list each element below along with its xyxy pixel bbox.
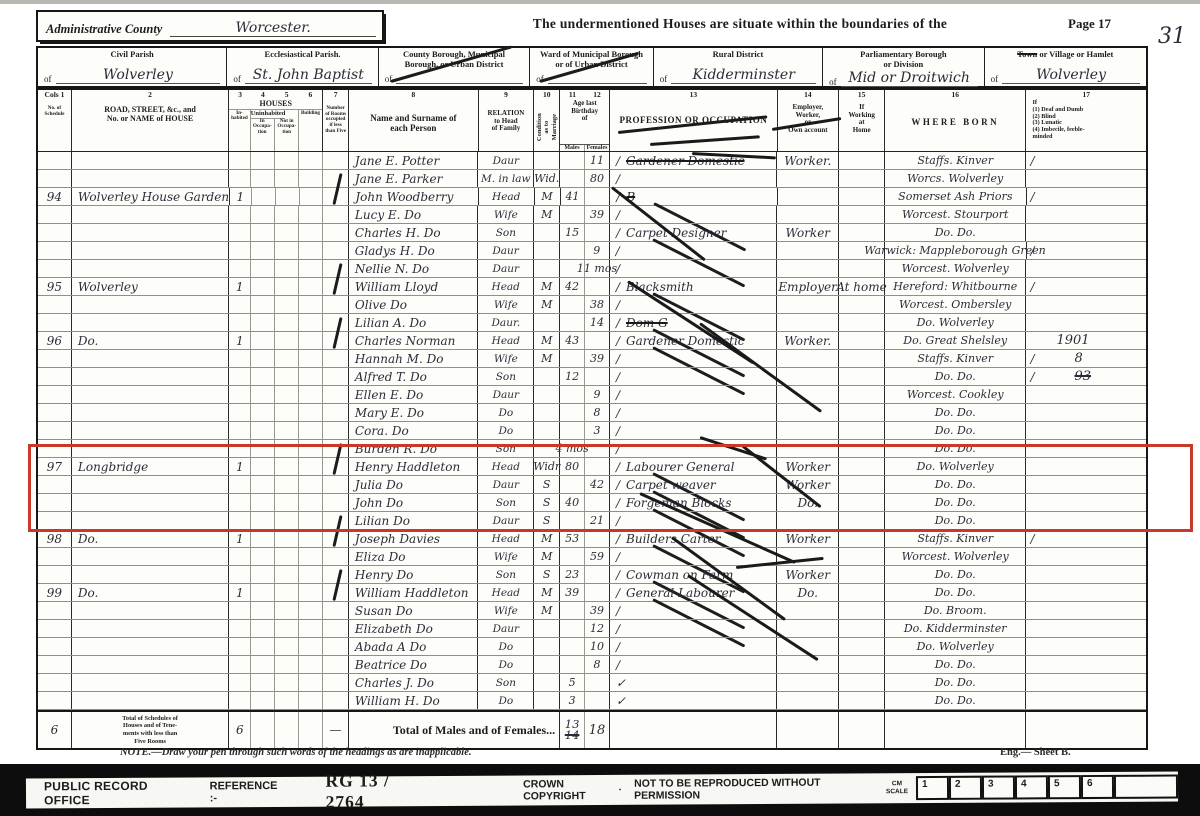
age-male-cell: 53 xyxy=(560,530,585,547)
ecclesiastical-parish-label: Ecclesiastical Parish. xyxy=(231,50,373,60)
age-male-cell xyxy=(560,638,585,655)
working-at-home-cell xyxy=(839,386,885,403)
age-male-cell xyxy=(560,404,585,421)
uninhabited-in-occupation-cell xyxy=(251,656,275,673)
marital-condition-cell: S xyxy=(534,566,560,583)
person-name-cell: William H. Do xyxy=(349,692,479,709)
relation-cell: Do xyxy=(478,638,534,655)
age-female-cell xyxy=(585,584,610,601)
where-born-cell: Worcs. Wolverley xyxy=(885,170,1026,187)
employer-status-cell: Worker xyxy=(777,224,839,241)
rooms-count-cell xyxy=(323,260,349,277)
census-row: 95Wolverley1William LloydHeadM42∕Blacksm… xyxy=(38,278,1146,296)
working-at-home-cell xyxy=(839,206,885,223)
inhabited-count-cell xyxy=(229,368,251,385)
tick-mark: ∕ xyxy=(616,370,620,384)
marital-condition-cell xyxy=(534,260,560,277)
census-row: Beatrice DoDo8∕Do. Do. xyxy=(38,656,1146,674)
administrative-county-box: Administrative County Worcester. xyxy=(36,10,384,42)
occupation-cell: ∕ xyxy=(610,638,777,655)
tick-mark: ∕ xyxy=(616,208,620,222)
uninhabited-in-occupation-cell xyxy=(251,422,275,439)
cm-scale-box: 5 xyxy=(1048,775,1081,799)
civil-parish-value: Wolverley xyxy=(56,67,221,84)
building-count-cell xyxy=(299,224,323,241)
person-name-cell: Beatrice Do xyxy=(349,656,479,673)
age-female-cell xyxy=(585,692,610,709)
occupation-cell: ∕ xyxy=(610,260,777,277)
person-name-cell: William Lloyd xyxy=(349,278,479,295)
schedule-number-cell xyxy=(38,422,72,439)
rooms-count-cell xyxy=(323,404,349,421)
uninhabited-in-occupation-cell xyxy=(251,278,275,295)
building-count-cell xyxy=(299,170,323,187)
tick-mark: / xyxy=(1030,532,1034,546)
where-born-cell: Do. Do. xyxy=(885,584,1026,601)
uninhabited-in-occupation-cell xyxy=(251,566,275,583)
age-female-cell: 39 xyxy=(585,350,610,367)
building-count-cell xyxy=(299,206,323,223)
employer-status-cell xyxy=(777,692,839,709)
inhabited-count-cell xyxy=(229,206,251,223)
uninhabited-not-occupation-cell xyxy=(275,674,299,691)
marital-condition-cell xyxy=(534,620,560,637)
rooms-count-cell xyxy=(323,674,349,691)
col-road-header: 2 ROAD, STREET, &c., and No. or NAME of … xyxy=(72,90,229,151)
schedule-number-cell xyxy=(38,368,72,385)
occupation-cell: ∕ xyxy=(610,170,777,187)
building-count-cell xyxy=(299,404,323,421)
building-count-cell xyxy=(299,674,323,691)
infirmity-cell: /8 xyxy=(1026,350,1146,367)
census-row: Jane E. PotterDaur11∕Gardener DomesticWo… xyxy=(38,152,1146,170)
females-subheader: Females xyxy=(585,145,609,151)
village-hamlet-value: Wolverley xyxy=(1002,67,1140,84)
marital-condition-cell: Wid. xyxy=(534,170,560,187)
uninhabited-in-occupation-cell xyxy=(251,260,275,277)
tick-mark: ∕ xyxy=(616,568,620,582)
building-count-cell xyxy=(299,584,323,601)
relation-cell: Son xyxy=(478,674,534,691)
marital-condition-cell: M xyxy=(534,206,560,223)
age-female-cell: 80 xyxy=(585,170,610,187)
marital-condition-cell: M xyxy=(534,332,560,349)
uninhabited-in-occupation-cell xyxy=(251,674,275,691)
working-at-home-cell xyxy=(839,548,885,565)
age-male-cell xyxy=(560,620,585,637)
building-count-cell xyxy=(299,638,323,655)
col-number: 2 xyxy=(72,90,228,100)
road-name-cell: Do. xyxy=(72,530,229,547)
relation-cell: Wife xyxy=(478,548,534,565)
struck-word: Town xyxy=(1017,49,1037,59)
col-where-born-header: 16 WHERE BORN xyxy=(885,90,1026,151)
age-male-cell xyxy=(560,422,585,439)
building-count-cell xyxy=(299,530,323,547)
census-row: Gladys H. DoDaur9∕Warwick: Mappleborough… xyxy=(38,242,1146,260)
rooms-count-cell xyxy=(323,692,349,709)
village-hamlet-label: Town or Village or Hamlet xyxy=(989,50,1142,60)
pro-footer-strip: PUBLIC RECORD OFFICE REFERENCE :- RG 13 … xyxy=(26,771,1178,808)
occupation-cell: ∕ xyxy=(610,656,777,673)
person-name-cell: Gladys H. Do xyxy=(349,242,478,259)
building-count-cell xyxy=(299,242,323,259)
census-row: Alfred T. DoSon12∕Do. Do./93 xyxy=(38,368,1146,386)
person-name-cell: Charles Norman xyxy=(349,332,479,349)
employer-status-cell xyxy=(777,368,839,385)
employer-status-cell: Employer xyxy=(777,278,839,295)
building-count-cell xyxy=(299,548,323,565)
where-born-cell: Do. Do. xyxy=(885,566,1026,583)
where-born-cell: Do. Kidderminster xyxy=(885,620,1026,637)
occupation-cell: ∕ xyxy=(610,296,777,313)
person-name-cell: Mary E. Do xyxy=(349,404,479,421)
rooms-count-cell xyxy=(323,314,349,331)
inhabited-count-cell xyxy=(229,674,251,691)
census-row: 99Do.1William HaddletonHeadM39∕General L… xyxy=(38,584,1146,602)
district-header-row: Civil Parish of Wolverley Ecclesiastical… xyxy=(36,46,1148,88)
road-name-cell xyxy=(72,422,229,439)
schedule-number-cell xyxy=(38,692,72,709)
empty-cell xyxy=(275,712,299,748)
col-number: 17 xyxy=(1026,90,1146,100)
census-row: Cora. DoDo3∕Do. Do. xyxy=(38,422,1146,440)
inhabited-count-cell xyxy=(229,422,251,439)
cm-scale-ruler: 123456 xyxy=(916,774,1178,800)
uninhabited-not-occupation-cell xyxy=(275,620,299,637)
tick-mark: / xyxy=(1030,154,1034,168)
uninhabited-in-occupation-cell xyxy=(251,530,275,547)
age-male-cell xyxy=(560,548,585,565)
age-female-cell: 11 xyxy=(585,152,610,169)
schedule-number-cell xyxy=(38,314,72,331)
building-count-cell xyxy=(299,296,323,313)
village-hamlet-box: Town or Village or Hamlet of Wolverley xyxy=(985,48,1146,86)
person-name-cell: Charles H. Do xyxy=(349,224,479,241)
rooms-count-cell xyxy=(323,422,349,439)
pro-footer-bar: PUBLIC RECORD OFFICE REFERENCE :- RG 13 … xyxy=(0,764,1200,816)
age-female-cell xyxy=(585,188,610,205)
working-at-home-cell xyxy=(839,260,885,277)
employer-status-cell xyxy=(777,314,839,331)
reproduction-notice: NOT TO BE REPRODUCED WITHOUT PERMISSION xyxy=(634,777,840,802)
relation-cell: Son xyxy=(478,224,534,241)
cm-scale-box: 3 xyxy=(982,775,1015,799)
road-name-cell xyxy=(72,206,229,223)
inhabited-count-cell xyxy=(229,638,251,655)
ecclesiastical-parish-box: Ecclesiastical Parish. of St. John Bapti… xyxy=(227,48,378,86)
females-total-cell: 18 xyxy=(585,712,610,748)
of-label: of xyxy=(536,74,544,84)
uninhabited-in-occupation-cell xyxy=(252,188,276,205)
tick-mark: ∕ xyxy=(616,658,620,672)
where-born-cell: Do. Do. xyxy=(885,368,1026,385)
schedule-number-cell xyxy=(38,296,72,313)
inhabited-count-cell xyxy=(229,566,251,583)
tick-mark: ✓ xyxy=(616,676,626,690)
infirmity-cell xyxy=(1026,638,1146,655)
relation-cell: Head xyxy=(479,188,535,205)
rooms-count-cell xyxy=(323,656,349,673)
schedule-number-cell xyxy=(38,620,72,637)
rooms-count-cell xyxy=(323,152,349,169)
where-born-cell: Worcest. Wolverley xyxy=(885,548,1026,565)
empty-cell xyxy=(839,712,885,748)
age-male-cell xyxy=(560,386,585,403)
marital-condition-cell xyxy=(534,368,560,385)
employer-status-cell: Worker xyxy=(777,566,839,583)
infirmity-cell xyxy=(1026,548,1146,565)
age-male-cell xyxy=(560,602,585,619)
totals-row: 6 Total of Schedules of Houses and of Te… xyxy=(38,710,1146,748)
uninhabited-in-occupation-cell xyxy=(251,296,275,313)
building-count-cell xyxy=(299,692,323,709)
uninhabited-in-occupation-cell xyxy=(251,314,275,331)
employer-status-cell xyxy=(777,422,839,439)
relation-cell: Wife xyxy=(478,602,534,619)
of-label: of xyxy=(991,74,999,84)
col-number: 16 xyxy=(885,90,1025,100)
schedule-number-cell xyxy=(38,548,72,565)
infirmity-cell xyxy=(1026,692,1146,709)
col-schedule-header: Cols 1 No. of Schedule xyxy=(38,90,72,151)
tick-mark: ∕ xyxy=(616,604,620,618)
rural-district-label: Rural District xyxy=(658,50,818,60)
relation-cell: Daur xyxy=(478,152,534,169)
occupation-cell: ✓ xyxy=(610,692,777,709)
inhabited-count-cell xyxy=(229,152,251,169)
marital-condition-cell xyxy=(534,656,560,673)
sheet-label: Eng.— Sheet B. xyxy=(1000,747,1071,758)
where-born-cell: Warwick: Mappleborough Green xyxy=(885,242,1027,259)
age-male-cell: 43 xyxy=(560,332,585,349)
rooms-count-cell xyxy=(323,602,349,619)
employer-status-cell xyxy=(777,260,839,277)
tick-mark: / xyxy=(1030,280,1034,294)
employer-status-cell xyxy=(777,206,839,223)
employer-status-cell xyxy=(777,656,839,673)
cm-scale-box: 1 xyxy=(916,776,949,800)
empty-cell xyxy=(885,712,1026,748)
parliamentary-borough-label: Parliamentary Borough or Division xyxy=(827,50,979,70)
employer-status-cell: Do. xyxy=(777,584,839,601)
inhabited-count-cell xyxy=(229,602,251,619)
census-row: Lilian A. DoDaur.14∕Dom GDo. Wolverley xyxy=(38,314,1146,332)
relation-cell: Daur xyxy=(478,242,534,259)
person-name-cell: Cora. Do xyxy=(349,422,479,439)
infirmity-cell: / xyxy=(1026,278,1146,295)
person-name-cell: Abada A Do xyxy=(349,638,479,655)
working-at-home-cell xyxy=(839,656,885,673)
uninhabited-in-occupation-cell xyxy=(251,152,275,169)
rooms-count-cell xyxy=(323,224,349,241)
tick-mark: / xyxy=(1030,370,1034,384)
road-name-cell xyxy=(72,656,229,673)
administrative-county-value: Worcester. xyxy=(170,20,376,37)
not-in-occupation-subheader: Not in Occupa- tion xyxy=(275,119,299,151)
uninhabited-not-occupation-cell xyxy=(275,242,299,259)
uninhabited-not-occupation-cell xyxy=(275,278,299,295)
uninhabited-in-occupation-cell xyxy=(251,620,275,637)
marital-condition-cell: M xyxy=(534,350,560,367)
tick-mark: ∕ xyxy=(616,424,620,438)
rooms-count-cell xyxy=(323,350,349,367)
building-count-cell xyxy=(299,386,323,403)
males-total-struck: 14 xyxy=(565,730,580,742)
census-sheet: Cols 1 No. of Schedule 2 ROAD, STREET, &… xyxy=(36,88,1148,750)
inhabited-count-cell xyxy=(229,350,251,367)
uninhabited-subheader: Uninhabited In Occupa- tion Not in Occup… xyxy=(251,110,299,151)
uninhabited-not-occupation-cell xyxy=(275,584,299,601)
schedule-number-cell xyxy=(38,206,72,223)
infirmity-cell xyxy=(1026,620,1146,637)
road-name-cell xyxy=(72,242,229,259)
uninhabited-not-occupation-cell xyxy=(275,224,299,241)
census-row: 98Do.1Joseph DaviesHeadM53∕Builders Cart… xyxy=(38,530,1146,548)
col-infirmity-header: 17 If (1) Deaf and Dumb (2) Blind (3) Lu… xyxy=(1026,90,1146,151)
road-name-cell xyxy=(72,368,229,385)
margin-annotation: 93 xyxy=(1074,369,1091,384)
tick-mark: ∕ xyxy=(616,406,620,420)
infirmity-cell: /93 xyxy=(1026,368,1146,385)
tick-mark: ∕ xyxy=(616,244,620,258)
empty-cell xyxy=(610,712,777,748)
where-born-cell: Do. Do. xyxy=(885,692,1026,709)
uninhabited-not-occupation-cell xyxy=(276,188,300,205)
schedule-number-cell xyxy=(38,674,72,691)
inhabited-count-cell xyxy=(229,656,251,673)
working-at-home-cell xyxy=(839,332,885,349)
schedule-number-cell: 99 xyxy=(38,584,72,601)
inhabited-count-cell xyxy=(229,548,251,565)
empty-cell xyxy=(299,712,323,748)
page-number: Page 17 xyxy=(1068,16,1111,32)
schedules-total-cell: 6 xyxy=(38,712,72,748)
county-borough-box: County Borough, Municipal Borough, or Ur… xyxy=(379,48,530,86)
county-borough-value xyxy=(396,70,523,84)
rooms-count-cell xyxy=(323,296,349,313)
rooms-count-cell xyxy=(323,242,349,259)
relation-cell: Daur. xyxy=(478,314,534,331)
employer-status-cell xyxy=(777,620,839,637)
county-borough-label: County Borough, Municipal Borough, or Ur… xyxy=(383,50,525,70)
tick-mark: ∕ xyxy=(616,640,620,654)
schedule-number-cell xyxy=(38,386,72,403)
infirmity-cell: / xyxy=(1027,188,1147,205)
age-male-cell xyxy=(560,206,585,223)
relation-cell: Daur xyxy=(478,260,534,277)
marital-condition-cell xyxy=(534,386,560,403)
age-male-cell: 39 xyxy=(560,584,585,601)
tick-mark: ∕ xyxy=(616,154,620,168)
marital-condition-cell: M xyxy=(534,278,560,295)
person-name-cell: Henry Do xyxy=(349,566,479,583)
rural-district-box: Rural District of Kidderminster xyxy=(654,48,823,86)
census-row: Charles J. DoSon5✓Do. Do. xyxy=(38,674,1146,692)
public-record-office-label: PUBLIC RECORD OFFICE xyxy=(44,779,168,808)
census-scan-page: { "colors": {"highlight": "#c63a2c", "in… xyxy=(0,0,1200,816)
age-male-cell xyxy=(560,242,585,259)
infirmity-cell xyxy=(1026,314,1146,331)
occupation-cell: ∕ xyxy=(610,386,777,403)
road-name-cell: Wolverley House Garden xyxy=(72,188,230,205)
road-name-cell xyxy=(72,296,229,313)
schedule-number-cell: 98 xyxy=(38,530,72,547)
rooms-count-cell xyxy=(323,386,349,403)
uninhabited-not-occupation-cell xyxy=(275,170,299,187)
where-born-cell: Worcest. Wolverley xyxy=(885,260,1026,277)
age-female-cell: 10 xyxy=(585,638,610,655)
where-born-cell: Do. Great Shelsley xyxy=(885,332,1026,349)
where-born-cell: Do. Wolverley xyxy=(885,638,1026,655)
uninhabited-not-occupation-cell xyxy=(275,656,299,673)
schedule-number-cell xyxy=(38,404,72,421)
uninhabited-in-occupation-cell xyxy=(251,386,275,403)
relation-cell: Son xyxy=(478,368,534,385)
where-born-cell: Staffs. Kinver xyxy=(885,350,1026,367)
col-relation-header: 9 RELATION to Head of Family xyxy=(479,90,535,151)
relation-cell: Wife xyxy=(478,206,534,223)
building-count-cell xyxy=(299,422,323,439)
relation-cell: Wife xyxy=(478,296,534,313)
age-male-cell: 3 xyxy=(560,692,585,709)
tick-mark: ∕ xyxy=(616,388,620,402)
schedule-number-cell xyxy=(38,602,72,619)
rural-district-value: Kidderminster xyxy=(671,67,816,84)
uninhabited-not-occupation-cell xyxy=(275,530,299,547)
tick-mark: / xyxy=(1031,244,1035,258)
age-female-cell xyxy=(585,566,610,583)
person-name-cell: Alfred T. Do xyxy=(349,368,479,385)
reference-label: REFERENCE :- xyxy=(210,780,278,804)
cm-scale-box: 2 xyxy=(949,776,982,800)
marital-condition-cell: M xyxy=(535,188,561,205)
age-male-cell: 5 xyxy=(560,674,585,691)
census-row: Olive DoWifeM38∕Worcest. Ombersley xyxy=(38,296,1146,314)
person-name-cell: Lucy E. Do xyxy=(349,206,479,223)
occupation-cell: ∕General Labourer xyxy=(610,584,777,601)
ecclesiastical-parish-value: St. John Baptist xyxy=(245,67,372,84)
uninhabited-not-occupation-cell xyxy=(275,350,299,367)
census-row: 96Do.1Charles NormanHeadM43∕Gardener Dom… xyxy=(38,332,1146,350)
undermentioned-heading: The undermentioned Houses are situate wi… xyxy=(440,16,1040,32)
occupation-cell: ∕ xyxy=(610,206,777,223)
col-number: 7 xyxy=(323,90,348,100)
road-name-cell xyxy=(72,170,229,187)
schedule-number-cell: 94 xyxy=(38,188,72,205)
uninhabited-in-occupation-cell xyxy=(251,638,275,655)
tick-mark: ∕ xyxy=(616,280,620,294)
where-born-cell: Do. Wolverley xyxy=(885,314,1026,331)
where-born-cell: Somerset Ash Priors xyxy=(885,188,1026,205)
working-at-home-cell xyxy=(839,404,885,421)
rooms-count-cell xyxy=(323,620,349,637)
census-rows: Jane E. PotterDaur11∕Gardener DomesticWo… xyxy=(38,152,1146,710)
road-name-cell: Do. xyxy=(72,332,229,349)
tick-mark: ∕ xyxy=(616,262,620,276)
age-female-cell: 14 xyxy=(585,314,610,331)
marital-condition-cell xyxy=(534,224,560,241)
where-born-cell: Do. Do. xyxy=(885,224,1026,241)
census-row: Elizabeth DoDaur12∕Do. Kidderminster xyxy=(38,620,1146,638)
uninhabited-in-occupation-cell xyxy=(251,584,275,601)
ward-box: Ward of Municipal Borough or of Urban Di… xyxy=(530,48,654,86)
where-born-cell: Do. Do. xyxy=(885,422,1026,439)
age-female-cell: 9 xyxy=(585,386,610,403)
age-female-cell: 9 xyxy=(585,242,610,259)
road-name-cell xyxy=(72,692,229,709)
inhabited-count-cell xyxy=(229,170,251,187)
